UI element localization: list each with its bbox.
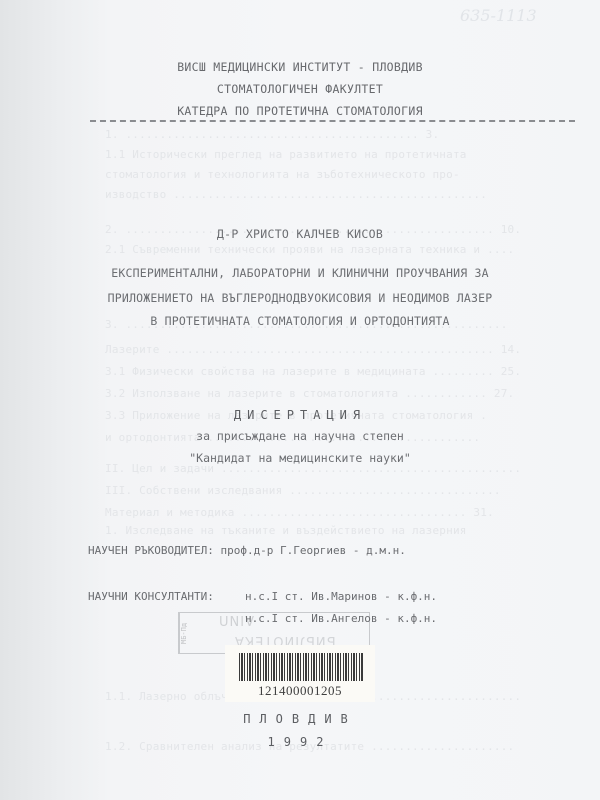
consultants-label: НАУЧНИ КОНСУЛТАНТИ: bbox=[88, 590, 214, 603]
institution-line-1: ВИСШ МЕДИЦИНСКИ ИНСТИТУТ - ПЛОВДИВ bbox=[0, 60, 600, 74]
document-page: 635-1113 1. ............................… bbox=[0, 0, 600, 800]
title-line-1: ЕКСПЕРИМЕНТАЛНИ, ЛАБОРАТОРНИ И КЛИНИЧНИ … bbox=[0, 266, 600, 280]
city: ПЛОВДИВ bbox=[0, 712, 600, 726]
barcode-bars bbox=[239, 653, 363, 681]
header-divider bbox=[90, 120, 575, 122]
institution-line-3: КАТЕДРА ПО ПРОТЕТИЧНА СТОМАТОЛОГИЯ bbox=[0, 104, 600, 118]
consultant-1: н.с.I ст. Ив.Маринов - к.ф.н. bbox=[245, 590, 437, 603]
stamp-side-text: МБ-Пд bbox=[179, 613, 202, 653]
purpose-line-2: "Кандидат на медицинските науки" bbox=[0, 451, 600, 465]
document-type: ДИСЕРТАЦИЯ bbox=[0, 408, 600, 422]
scientific-supervisor: НАУЧЕН РЪКОВОДИТЕЛ: проф.д-р Г.Георгиев … bbox=[88, 544, 406, 557]
institution-line-2: СТОМАТОЛОГИЧЕН ФАКУЛТЕТ bbox=[0, 82, 600, 96]
handwritten-note: 635-1113 bbox=[460, 6, 537, 25]
barcode-number: 121400001205 bbox=[225, 683, 375, 699]
title-line-3: В ПРОТЕТИЧНАТА СТОМАТОЛОГИЯ И ОРТОДОНТИЯ… bbox=[0, 314, 600, 328]
year: 1992 bbox=[0, 735, 600, 749]
author-name: Д-Р ХРИСТО КАЛЧЕВ КИСОВ bbox=[0, 227, 600, 241]
consultant-2: н.с.I ст. Ив.Ангелов - к.ф.н. bbox=[245, 612, 437, 625]
purpose-line-1: за присъждане на научна степен bbox=[0, 429, 600, 443]
barcode-label: 121400001205 bbox=[225, 645, 375, 702]
title-line-2: ПРИЛОЖЕНИЕТО НА ВЪГЛЕРОДНОДВУОКИСОВИЯ И … bbox=[0, 291, 600, 305]
